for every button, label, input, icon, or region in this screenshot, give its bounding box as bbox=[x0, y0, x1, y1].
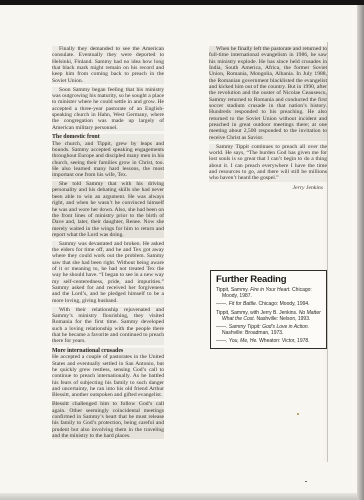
paragraph: Soon Sammy began feeling that his minist… bbox=[52, 87, 164, 131]
section-heading-domestic-front: The domestic front bbox=[52, 134, 164, 141]
left-text-column: Finally they demanded to see the America… bbox=[52, 46, 164, 442]
paragraph: Blessitt challenged him to follow God’s … bbox=[52, 401, 164, 439]
entry-book-title: You, Me, He. bbox=[229, 338, 258, 344]
paragraph: Sammy Tippit continues to preach all ove… bbox=[209, 144, 327, 182]
reading-entry: Tippit, Sammy, with Jerry B. Jenkins. No… bbox=[216, 311, 323, 323]
page-edge-line bbox=[327, 42, 328, 462]
reading-entry: Tippit, Sammy. Fire in Your Heart. Chica… bbox=[216, 288, 323, 300]
scan-speck bbox=[305, 481, 307, 482]
scan-speck bbox=[297, 413, 299, 415]
entry-book-title: Fit for Battle. bbox=[229, 301, 257, 307]
further-reading-title: Further Reading bbox=[216, 275, 323, 285]
entry-book-title: Fire in Your Heart. bbox=[250, 287, 290, 293]
paragraph: When he finally left the pastorate and r… bbox=[209, 46, 327, 141]
right-text-column: When he finally left the pastorate and r… bbox=[209, 46, 327, 191]
entry-author: ——. bbox=[216, 338, 229, 344]
entry-publisher: Nashville: Nelson, 1993. bbox=[255, 316, 310, 322]
entry-publisher: Chicago: Moody, 1994. bbox=[257, 301, 309, 307]
further-reading-box: Further Reading Tippit, Sammy. Fire in Y… bbox=[210, 270, 327, 349]
paragraph: She told Sammy that with his driving per… bbox=[52, 181, 164, 238]
author-attribution: Jerry Jenkins bbox=[209, 185, 327, 191]
scan-bottom-edge bbox=[0, 493, 357, 500]
scan-right-edge bbox=[357, 5, 364, 500]
entry-author: ——. bbox=[216, 301, 229, 307]
paragraph: With their relationship rejuvenated and … bbox=[52, 307, 164, 345]
reading-entry: ——. You, Me, He. Wheaton: Victor, 1978. bbox=[216, 339, 323, 345]
entry-publisher: Nashville: Broadman, 1973. bbox=[222, 330, 283, 336]
scan-top-edge bbox=[0, 0, 364, 5]
paragraph: The church, and Tippit, grew by leaps an… bbox=[52, 141, 164, 179]
entry-publisher: Wheaton: Victor, 1978. bbox=[258, 338, 310, 344]
scanned-book-page: Finally they demanded to see the America… bbox=[0, 0, 364, 500]
paragraph: Sammy was devastated and broken. He aske… bbox=[52, 241, 164, 304]
paragraph: He accepted a couple of pastorates in th… bbox=[52, 354, 164, 398]
reading-entry: ——. Sammy Tippit: God’s Love in Action. … bbox=[216, 325, 323, 337]
reading-entry: ——. Fit for Battle. Chicago: Moody, 1994… bbox=[216, 302, 323, 308]
paragraph: Finally they demanded to see the America… bbox=[52, 46, 164, 84]
